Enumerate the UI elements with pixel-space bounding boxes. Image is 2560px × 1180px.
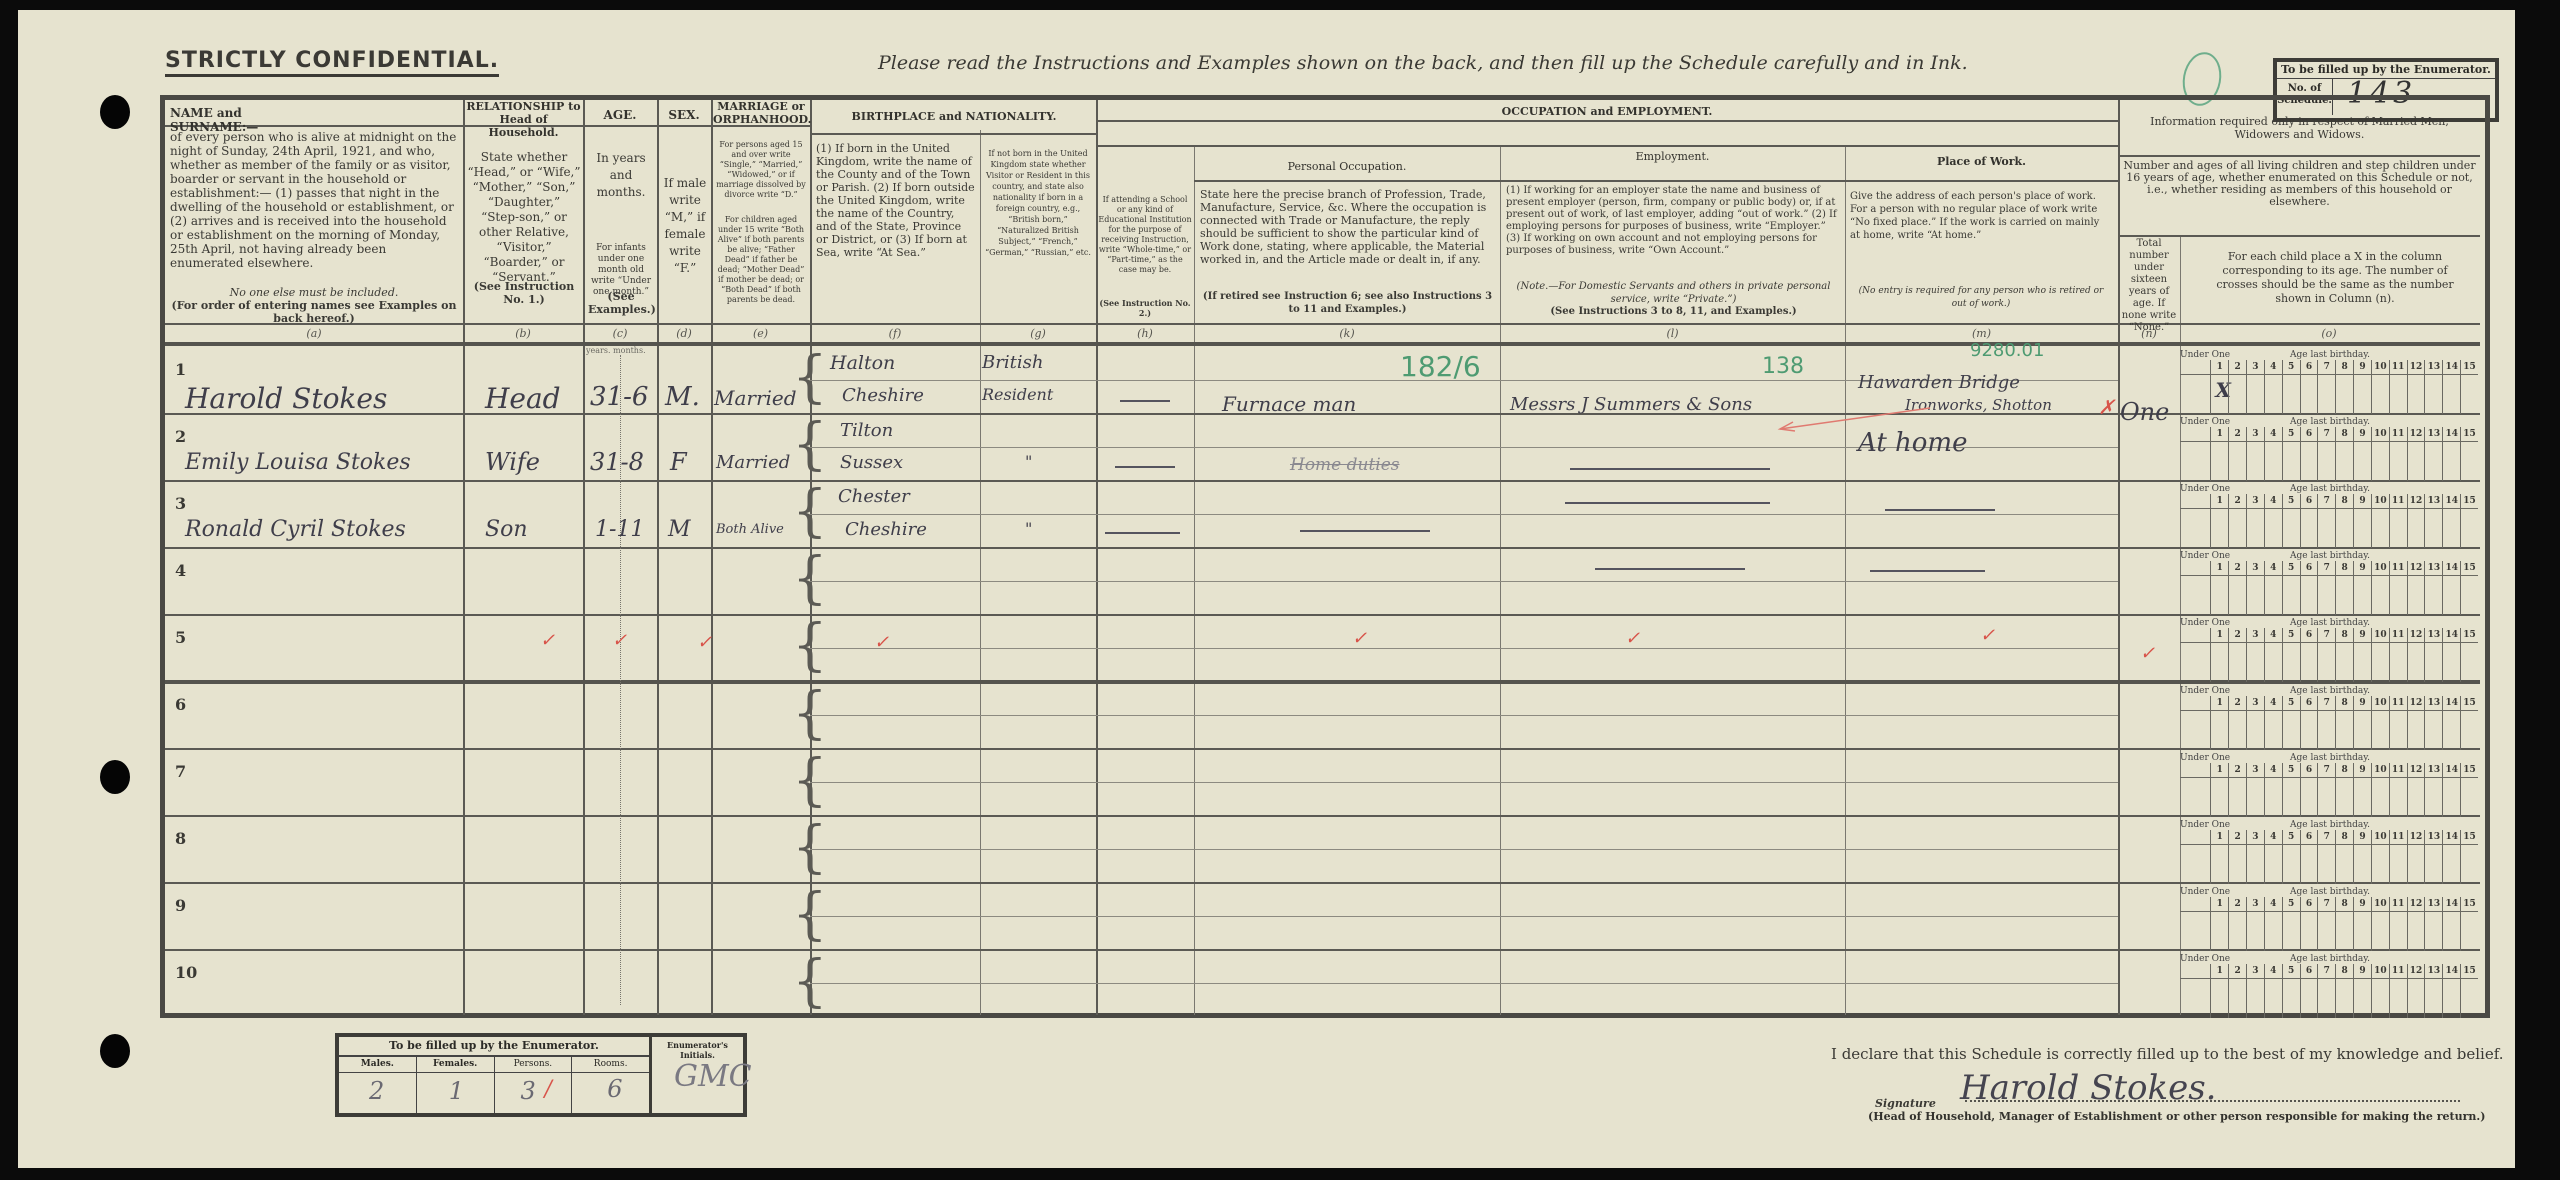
- marriage-status: Both Alive: [716, 522, 784, 537]
- workplace-dash: [1885, 509, 1995, 511]
- column-l-title: Employment.: [1500, 150, 1845, 163]
- birthplace-county: Cheshire: [845, 519, 927, 540]
- nationality: British: [982, 352, 1043, 373]
- column-g-text: If not born in the United Kingdom state …: [982, 148, 1094, 258]
- column-n-text: Total number under sixteen years of age.…: [2120, 238, 2178, 334]
- column-c-footer: (See Examples.): [588, 290, 654, 316]
- column-b-text: State whether “Head,” or “Wife,” “Mother…: [467, 150, 581, 285]
- column-d-title: SEX.: [659, 108, 709, 122]
- row-number: 4: [175, 561, 186, 580]
- sex: F: [670, 448, 687, 476]
- occupation-title: OCCUPATION and EMPLOYMENT.: [1096, 105, 2118, 118]
- column-letter: (n): [2118, 327, 2180, 340]
- relationship: Wife: [485, 448, 540, 476]
- school-dash: [1115, 466, 1175, 468]
- column-letter: (k): [1194, 327, 1500, 340]
- enumerator-box-header: To be filled up by the Enumerator.: [339, 1037, 652, 1057]
- row-number: 1: [175, 360, 186, 379]
- column-e-title: MARRIAGE or ORPHANHOOD.: [713, 100, 809, 126]
- school-dash: [1105, 532, 1180, 534]
- column-letter: (h): [1096, 327, 1194, 340]
- row-number: 2: [175, 427, 186, 446]
- workplace-dash: [1870, 570, 1985, 572]
- residence-status: ": [1025, 452, 1032, 471]
- relationship: Son: [485, 517, 528, 542]
- enumerator-summary-box: To be filled up by the Enumerator. Enume…: [335, 1033, 747, 1117]
- birthplace-county: Sussex: [840, 452, 903, 473]
- school-dash: [1120, 400, 1170, 402]
- birthplace-town: Chester: [838, 486, 910, 507]
- marriage-status: Married: [714, 386, 797, 410]
- under-one-label: Under One: [2180, 350, 2230, 360]
- row-number: 3: [175, 494, 186, 513]
- column-letter: (f): [810, 327, 980, 340]
- column-letter: (l): [1500, 327, 1845, 340]
- declaration-text: I declare that this Schedule is correctl…: [1831, 1045, 2504, 1063]
- workplace-code: 9280.01: [1970, 340, 2044, 361]
- tally-mark: ✗: [2098, 395, 2115, 419]
- residence-status: Resident: [982, 385, 1053, 404]
- birthplace-town: Halton: [830, 352, 895, 374]
- row-number: 8: [175, 829, 186, 848]
- marriage-status: Married: [716, 452, 790, 473]
- check-mark: ✓: [1980, 625, 1995, 646]
- signature-label: Signature: [1875, 1097, 1936, 1110]
- check-mark: ✓: [1625, 628, 1640, 649]
- column-letter: (o): [2180, 327, 2478, 340]
- column-h-text: If attending a School or any kind of Edu…: [1098, 195, 1192, 275]
- residence-status: ": [1025, 519, 1032, 538]
- column-k-text: State here the precise branch of Profess…: [1200, 188, 1495, 266]
- column-m-note: (No entry is required for any person who…: [1850, 285, 2112, 311]
- persons-count: 3: [521, 1077, 536, 1105]
- column-letter: (m): [1845, 327, 2118, 340]
- age: 31-8: [590, 448, 644, 476]
- column-h-footer: (See Instruction No. 2.): [1098, 298, 1192, 318]
- row-number: 9: [175, 896, 186, 915]
- birthplace-town: Tilton: [840, 420, 893, 441]
- employer-dash: [1570, 468, 1770, 470]
- row-number: 5: [175, 628, 186, 647]
- birthplace-county: Cheshire: [842, 385, 924, 406]
- punch-hole: [100, 95, 130, 129]
- row-number: 10: [175, 963, 197, 982]
- check-mark: ✓: [1352, 628, 1367, 649]
- confidential-label: STRICTLY CONFIDENTIAL.: [165, 48, 499, 77]
- column-k-footer: (If retired see Instruction 6; see also …: [1200, 290, 1495, 316]
- check-mark: ✓: [697, 632, 712, 653]
- check-mark: ✓: [2140, 643, 2155, 664]
- married-info-title: Information required only in respect of …: [2122, 115, 2477, 141]
- check-mark: ✓: [540, 630, 555, 651]
- workplace-line1: At home: [1858, 428, 1967, 458]
- instructions-text: Please read the Instructions and Example…: [878, 52, 1968, 74]
- initials-label: Enumerator's Initials.: [652, 1040, 743, 1060]
- column-l-footer: (See Instructions 3 to 8, 11, and Exampl…: [1506, 305, 1841, 318]
- person-name: Harold Stokes: [185, 382, 387, 415]
- column-letter: (d): [657, 327, 711, 340]
- employer-code: 138: [1762, 354, 1804, 379]
- employer-dash: [1595, 568, 1745, 570]
- column-k-title: Personal Occupation.: [1194, 160, 1500, 173]
- column-m-title: Place of Work.: [1845, 155, 2118, 168]
- column-e-sub: For children aged under 15 write “Both A…: [714, 215, 808, 305]
- occupation-dash: [1300, 530, 1430, 532]
- females-count: 1: [449, 1077, 464, 1105]
- females-cell: Females.1: [417, 1057, 495, 1113]
- column-letter: (e): [711, 327, 810, 340]
- row-number: 6: [175, 695, 186, 714]
- employer: Messrs J Summers & Sons: [1510, 394, 1752, 415]
- males-count: 2: [369, 1077, 384, 1105]
- employer-dash: [1565, 502, 1770, 504]
- persons-cell: Persons.3/: [495, 1057, 573, 1113]
- males-cell: Males.2: [339, 1057, 417, 1113]
- column-o-text: For each child place a X in the column c…: [2200, 250, 2470, 306]
- check-mark: ✓: [612, 630, 627, 651]
- signature: Harold Stokes.: [1960, 1068, 2217, 1108]
- rooms-cell: Rooms.6: [572, 1057, 649, 1113]
- person-name: Emily Louisa Stokes: [185, 450, 411, 475]
- column-f-text: (1) If born in the United Kingdom, write…: [816, 142, 976, 259]
- punch-hole: [100, 1034, 130, 1068]
- sex: M.: [665, 382, 700, 412]
- occupation-struck: Home duties: [1290, 455, 1400, 475]
- relationship: Head: [485, 382, 561, 415]
- children-total: One: [2120, 398, 2169, 426]
- column-a-footer: (For order of entering names see Example…: [170, 299, 458, 325]
- column-b-footer: (See Instruction No. 1.): [467, 280, 581, 306]
- column-a-note: No one else must be included.: [170, 286, 458, 299]
- age-subheads: years. months.: [586, 346, 646, 355]
- column-letter: (g): [980, 327, 1096, 340]
- column-letter: (c): [583, 327, 657, 340]
- birthplace-title: BIRTHPLACE and NATIONALITY.: [812, 110, 1096, 123]
- age: 31-6: [590, 382, 648, 412]
- enumerator-initials: GMC: [674, 1059, 752, 1094]
- rooms-count: 6: [607, 1075, 622, 1103]
- column-l-note: (Note.—For Domestic Servants and others …: [1506, 280, 1841, 306]
- occupation-code: 182/6: [1400, 350, 1481, 383]
- column-e-text: For persons aged 15 and over write “Sing…: [714, 140, 808, 200]
- column-letter: (b): [463, 327, 583, 340]
- row-number: 7: [175, 762, 186, 781]
- workplace-line1: Hawarden Bridge: [1858, 372, 2020, 393]
- column-c-title: AGE.: [585, 108, 655, 122]
- check-mark: /: [545, 1077, 552, 1102]
- occupation: Furnace man: [1222, 392, 1356, 416]
- column-d-text: If male write “M,” if female write “F.”: [661, 175, 709, 277]
- age-last-birthday-label: Age last birthday.: [2290, 350, 2370, 360]
- column-a-text: of every person who is alive at midnight…: [170, 130, 458, 270]
- age: 1-11: [595, 517, 644, 542]
- column-letter: (a): [165, 327, 463, 340]
- column-l-text: (1) If working for an employer state the…: [1506, 185, 1841, 257]
- column-m-text: Give the address of each person's place …: [1850, 190, 2112, 242]
- sex: M: [668, 517, 691, 542]
- person-name: Ronald Cyril Stokes: [185, 517, 406, 542]
- check-mark: ✓: [874, 632, 889, 653]
- punch-hole: [100, 760, 130, 794]
- children-info-text: Number and ages of all living children a…: [2122, 160, 2477, 208]
- column-c-text: In years and months.: [588, 150, 654, 201]
- signature-subtext: (Head of Household, Manager of Establish…: [1868, 1110, 2485, 1123]
- column-b-title: RELATIONSHIP to Head of Household.: [465, 100, 582, 139]
